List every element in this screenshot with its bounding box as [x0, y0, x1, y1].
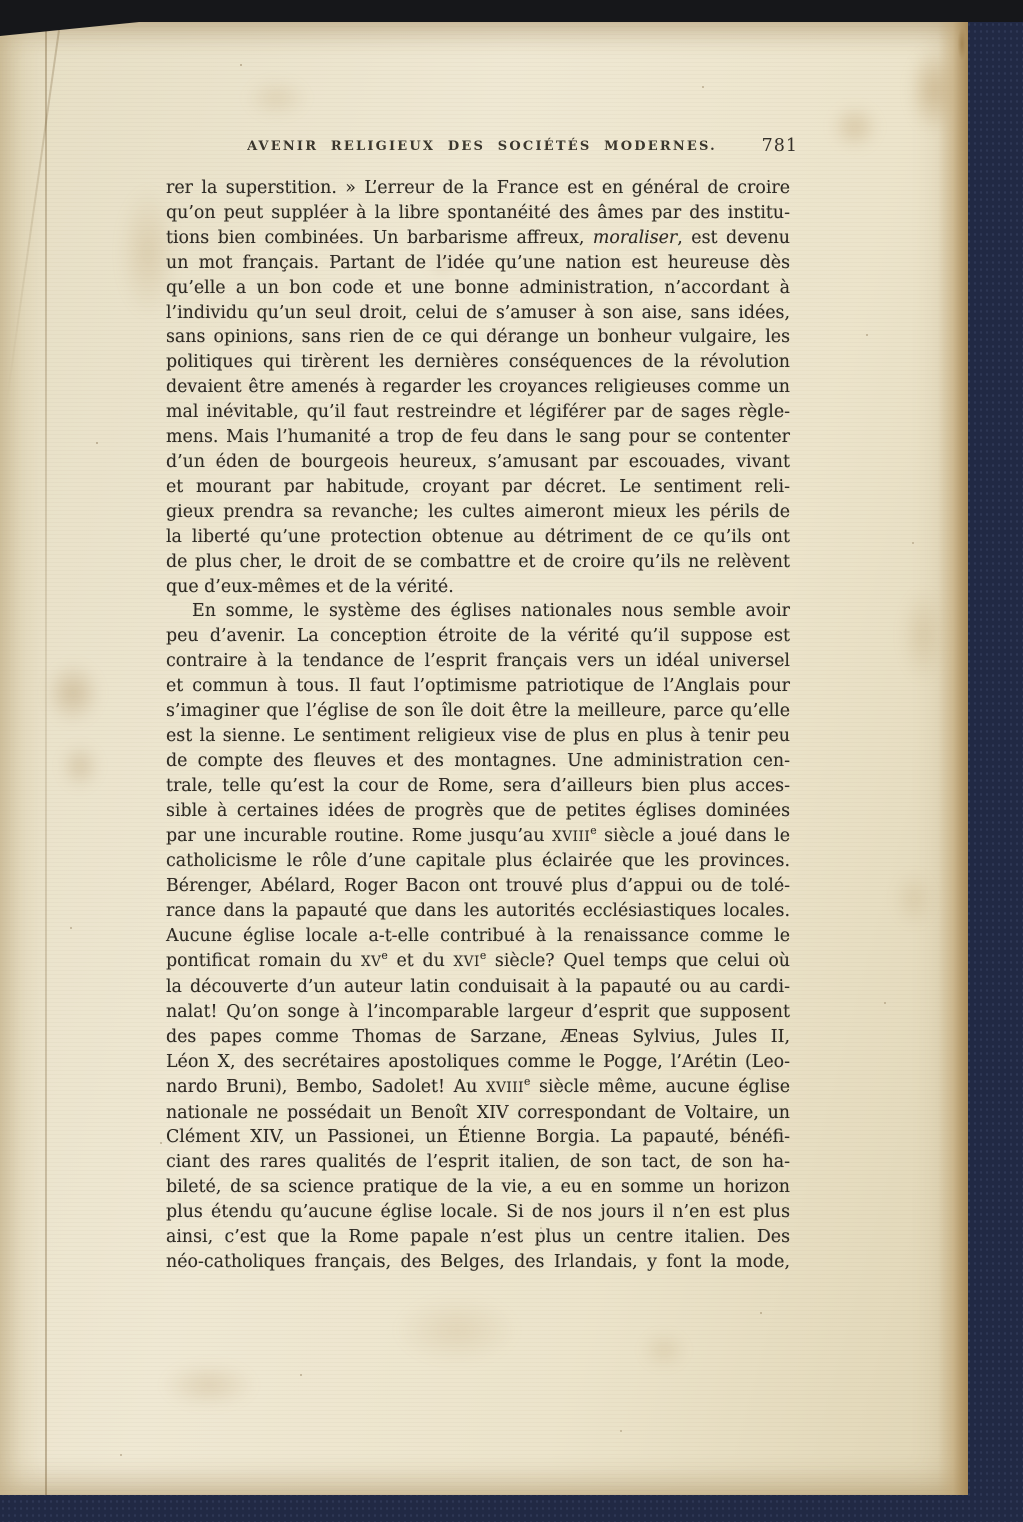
page-header: AVENIR RELIGIEUX DES SOCIÉTÉS MODERNES. …: [166, 139, 798, 161]
text-line: rer la superstition. » L’erreur de la Fr…: [166, 176, 790, 201]
paper-stain: [52, 734, 108, 798]
text-line: s’imaginer que l’église de son île doit …: [166, 699, 790, 724]
text-line: politiques qui tirèrent les dernières co…: [166, 350, 790, 375]
text-line: est la sienne. Le sentiment religieux vi…: [166, 724, 790, 749]
text-line: ciant des rares qualités de l’esprit ita…: [166, 1150, 790, 1175]
text-line: Léon X, des secrétaires apostoliques com…: [166, 1050, 790, 1075]
text-line: d’un éden de bourgeois heureux, s’amusan…: [166, 450, 790, 475]
text-line: nardo Bruni), Bembo, Sadolet! Au xviiie …: [166, 1075, 790, 1101]
text-line: ainsi, c’est que la Rome papale n’est pl…: [166, 1225, 790, 1250]
text-line: des papes comme Thomas de Sarzane, Æneas…: [166, 1025, 790, 1050]
text-line: de compte des fleuves et des montagnes. …: [166, 749, 790, 774]
book-spine-shadow: [0, 0, 1023, 22]
text-line: devaient être amenés à regarder les croy…: [166, 375, 790, 400]
text-line: nationale ne possédait un Benoît XIV cor…: [166, 1101, 790, 1126]
text-line: la découverte d’un auteur latin conduisa…: [166, 975, 790, 1000]
text-line: un mot français. Partant de l’idée qu’un…: [166, 251, 790, 276]
page-crease: [45, 22, 47, 1495]
text-line: l’individu qu’un seul droit, celui de s’…: [166, 301, 790, 326]
text-line: catholicisme le rôle d’une capitale plus…: [166, 849, 790, 874]
deckle-edge: [938, 22, 968, 1495]
text-line: gieux prendra sa revanche; les cultes ai…: [166, 500, 790, 525]
paper-stain: [232, 70, 322, 126]
text-line: tions bien combinées. Un barbarisme affr…: [166, 226, 790, 251]
scanned-page: AVENIR RELIGIEUX DES SOCIÉTÉS MODERNES. …: [0, 22, 968, 1495]
paper-stain: [820, 94, 890, 160]
paper-stain: [144, 1354, 274, 1416]
paper-stain: [372, 1284, 542, 1376]
text-line: de plus cher, le droit de se combattre e…: [166, 550, 790, 575]
text-line: que d’eux-mêmes et de la vérité.: [166, 575, 790, 600]
text-line: sible à certaines idées de progrès que d…: [166, 799, 790, 824]
text-line: Aucune église locale a-t-elle contribué …: [166, 924, 790, 949]
text-line: par une incurable routine. Rome jusqu’au…: [166, 824, 790, 850]
running-title: AVENIR RELIGIEUX DES SOCIÉTÉS MODERNES.: [166, 139, 798, 154]
text-line: et mourant par habitude, croyant par déc…: [166, 475, 790, 500]
text-line: plus étendu qu’aucune église locale. Si …: [166, 1200, 790, 1225]
photo-backdrop: AVENIR RELIGIEUX DES SOCIÉTÉS MODERNES. …: [0, 0, 1023, 1522]
text-line: sans opinions, sans rien de ce qui déran…: [166, 325, 790, 350]
text-line: et commun à tous. Il faut l’optimisme pa…: [166, 674, 790, 699]
paper-stain: [886, 860, 942, 938]
text-line: qu’elle a un bon code et une bonne admin…: [166, 276, 790, 301]
text-line: En somme, le système des églises nationa…: [166, 599, 790, 624]
text-line: peu d’avenir. La conception étroite de l…: [166, 624, 790, 649]
page-number: 781: [762, 136, 798, 156]
text-line: mal inévitable, qu’il faut restreindre e…: [166, 400, 790, 425]
body-text: rer la superstition. » L’erreur de la Fr…: [166, 176, 790, 1275]
text-line: néo-catholiques français, des Belges, de…: [166, 1250, 790, 1275]
text-line: mens. Mais l’humanité a trop de feu dans…: [166, 425, 790, 450]
underlying-page-edge: [0, 22, 46, 1495]
text-line: Bérenger, Abélard, Roger Bacon ont trouv…: [166, 874, 790, 899]
paper-stain: [632, 1324, 696, 1376]
text-line: rance dans la papauté que dans les autor…: [166, 899, 790, 924]
text-line: nalat! Qu’on songe à l’incomparable larg…: [166, 1000, 790, 1025]
text-line: trale, telle qu’est la cour de Rome, ser…: [166, 774, 790, 799]
text-line: Clément XIV, un Passionei, un Étienne Bo…: [166, 1125, 790, 1150]
text-line: contraire à la tendance de l’esprit fran…: [166, 649, 790, 674]
text-line: bileté, de sa science pratique de la vie…: [166, 1175, 790, 1200]
text-line: pontificat romain du xve et du xvie sièc…: [166, 949, 790, 975]
text-line: qu’on peut suppléer à la libre spontanéi…: [166, 201, 790, 226]
text-line: la liberté qu’une protection obtenue au …: [166, 525, 790, 550]
